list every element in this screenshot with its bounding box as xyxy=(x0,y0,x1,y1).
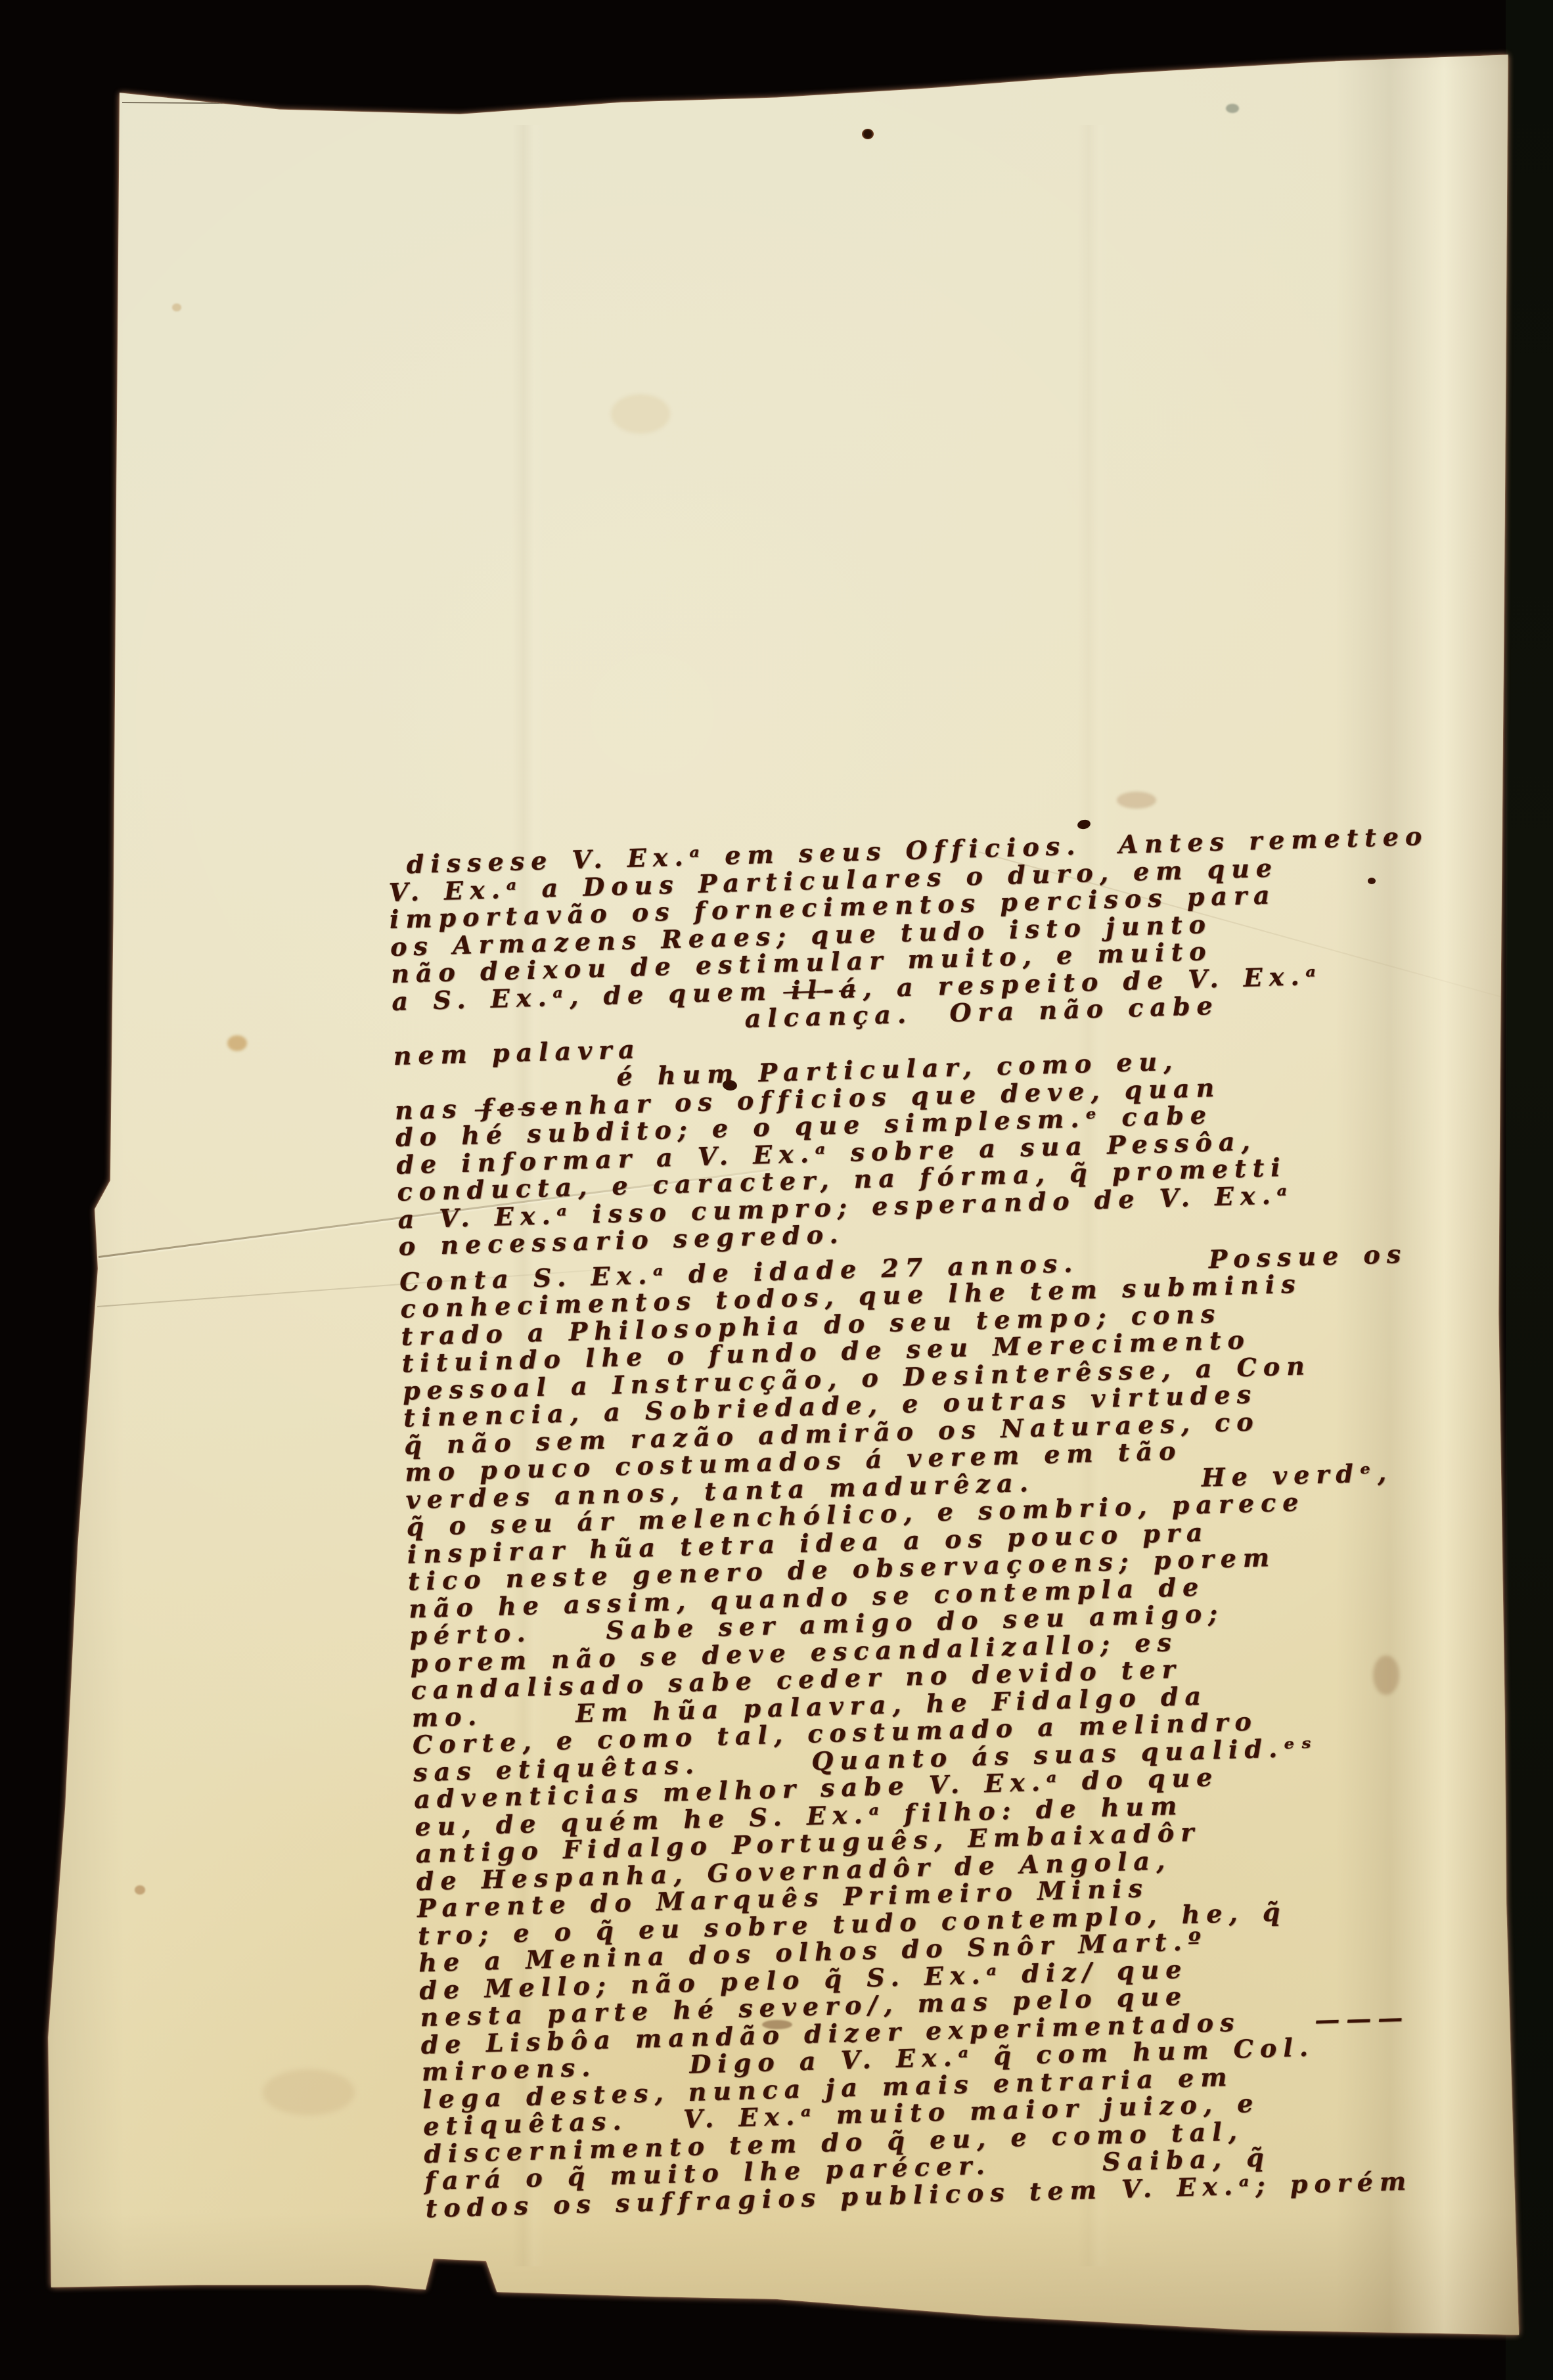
pencil-rule-line xyxy=(122,102,397,105)
wormhole-spot xyxy=(862,129,874,139)
paragraph: Conta S. Ex.ᵃ de idade 27 annos. Possue … xyxy=(399,1240,1424,2222)
foxing-stain xyxy=(172,303,181,311)
foxing-stain xyxy=(135,1885,145,1895)
faint-stain xyxy=(263,2069,355,2115)
foxing-stain xyxy=(227,1035,247,1051)
photo-stage: dissese V. Ex.ᵃ em seus Officios. Antes … xyxy=(0,0,1553,2380)
gray-speck xyxy=(1226,104,1239,113)
manuscript-paper-sheet: dissese V. Ex.ᵃ em seus Officios. Antes … xyxy=(0,0,1553,2380)
ink-smear xyxy=(1117,792,1156,809)
paper-edge-glow: dissese V. Ex.ᵃ em seus Officios. Antes … xyxy=(0,0,1553,2380)
manuscript-text: dissese V. Ex.ᵃ em seus Officios. Antes … xyxy=(388,824,1424,2222)
paragraph: dissese V. Ex.ᵃ em seus Officios. Antes … xyxy=(388,824,1397,1261)
faint-stain xyxy=(611,394,670,434)
